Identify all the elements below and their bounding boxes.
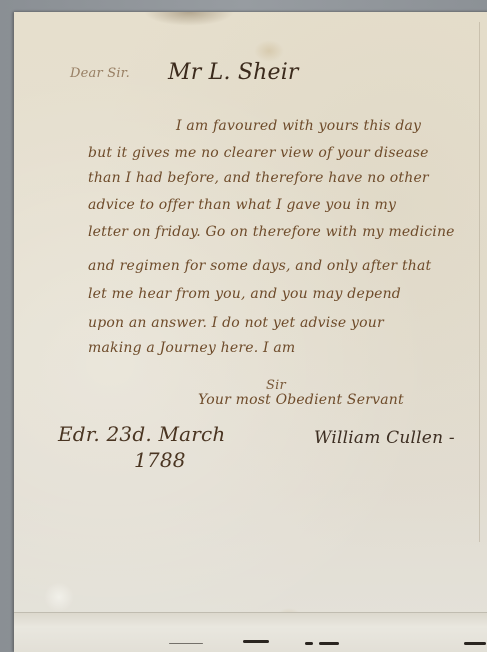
paper-stain xyxy=(254,40,284,62)
body-line: letter on friday. Go on therefore with m… xyxy=(88,224,455,240)
paper-stain xyxy=(44,582,74,612)
body-line: and regimen for some days, and only afte… xyxy=(88,258,431,274)
seal-residue xyxy=(319,642,339,645)
body-line: but it gives me no clearer view of your … xyxy=(88,145,429,161)
closing-sir: Sir xyxy=(266,378,286,393)
body-line: let me hear from you, and you may depend xyxy=(88,286,401,302)
signature: William Cullen - xyxy=(314,428,455,448)
bottom-fold xyxy=(14,612,487,652)
body-line: upon an answer. I do not yet advise your xyxy=(88,315,384,331)
seal-residue xyxy=(169,643,203,644)
seal-residue xyxy=(243,640,269,643)
dateline-year: 1788 xyxy=(134,448,186,472)
letter-page xyxy=(14,12,487,652)
body-line: making a Journey here. I am xyxy=(88,340,295,356)
salutation-addressee: Mr L. Sheir xyxy=(168,60,299,85)
seal-residue xyxy=(464,642,486,645)
body-line: advice to offer than what I gave you in … xyxy=(88,197,396,213)
closing-valediction: Your most Obedient Servant xyxy=(198,392,404,408)
body-line: I am favoured with yours this day xyxy=(176,118,421,134)
seal-residue xyxy=(305,642,313,645)
salutation-greeting: Dear Sir. xyxy=(70,66,130,81)
dateline-place-date: Edr. 23d. March xyxy=(58,422,226,446)
body-line: than I had before, and therefore have no… xyxy=(88,170,429,186)
document-viewer: Dear Sir. Mr L. Sheir I am favoured with… xyxy=(0,0,487,652)
